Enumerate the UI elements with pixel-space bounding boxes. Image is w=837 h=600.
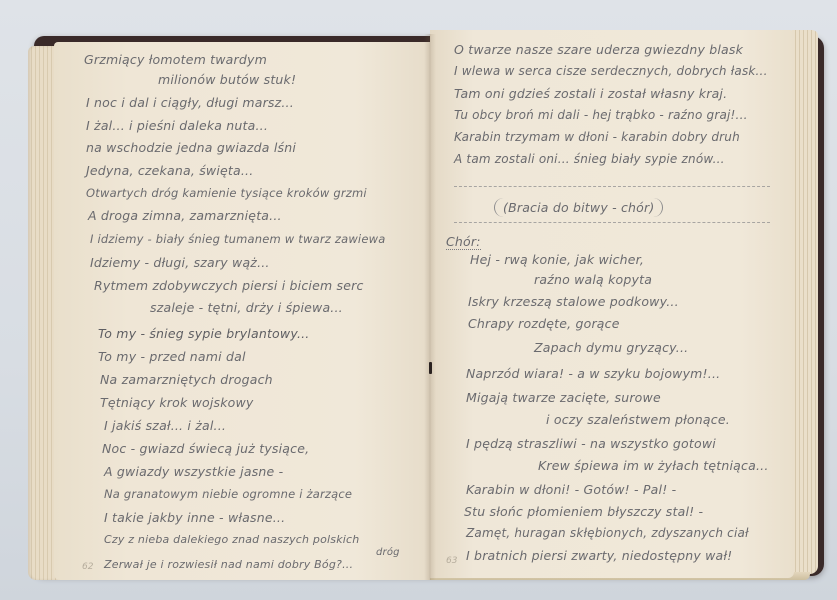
left-page-text-tail: Czy serca tych dalekich: [54, 42, 430, 580]
binding-stitch: [429, 362, 432, 374]
book-gutter: [424, 34, 436, 580]
left-page-number: 62: [82, 562, 93, 572]
right-page-number: 63: [446, 556, 457, 566]
right-page-text-tail: Wicher świstem chichoce i szaleje -: [430, 30, 794, 578]
right-page-edges: [792, 30, 818, 574]
